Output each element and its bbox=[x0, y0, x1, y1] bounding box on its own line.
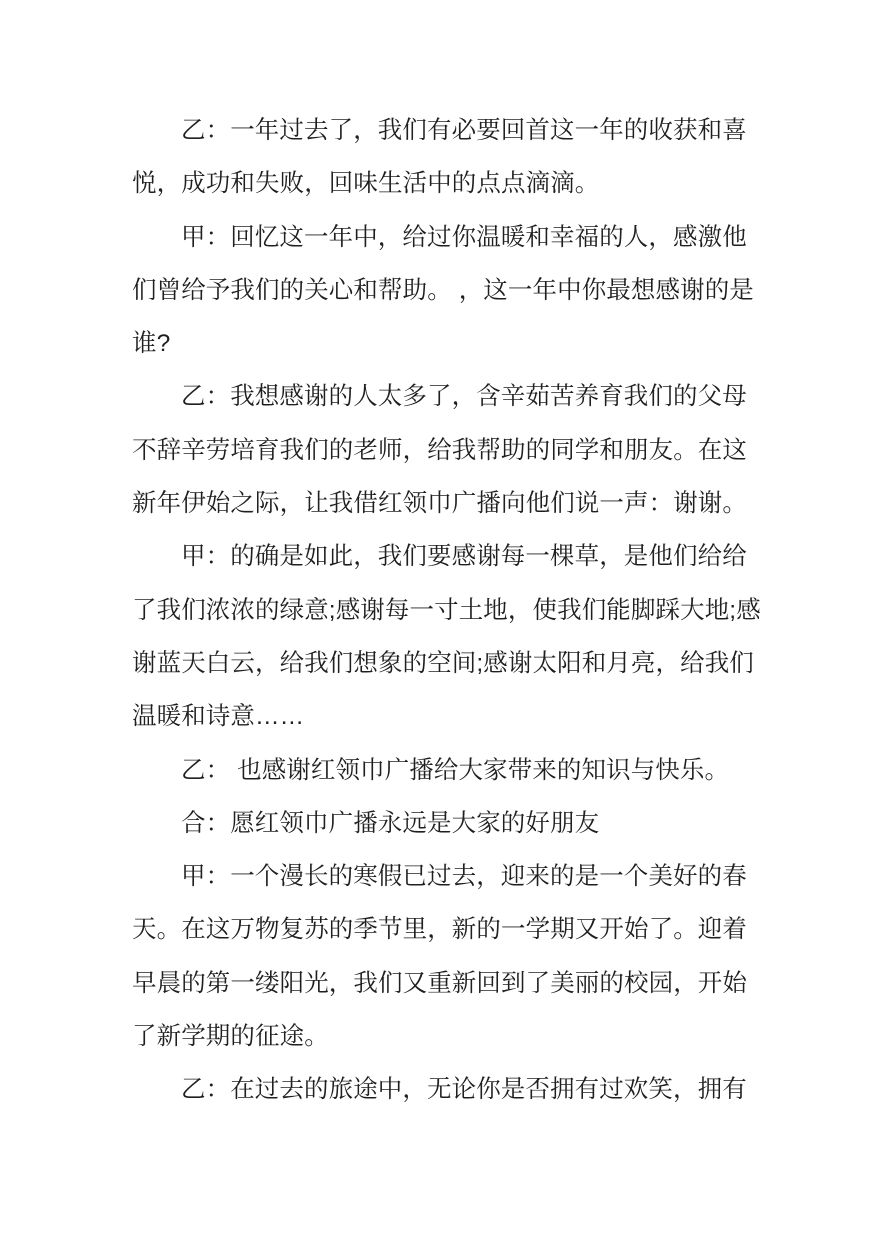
document-page: 乙：一年过去了，我们有必要回首这一年的收获和喜悦，成功和失败，回味生活中的点点滴… bbox=[0, 0, 884, 1250]
text-line: 们曾给予我们的关心和帮助。 ，这一年中你最想感谢的是 bbox=[132, 264, 754, 317]
text-line: 甲：一个漫长的寒假已过去，迎来的是一个美好的春 bbox=[132, 850, 754, 903]
text-line: 甲：的确是如此，我们要感谢每一棵草，是他们给给 bbox=[132, 530, 754, 583]
paragraph: 甲：回忆这一年中，给过你温暖和幸福的人，感激他们曾给予我们的关心和帮助。 ，这一… bbox=[132, 211, 754, 371]
text-line: 乙：一年过去了，我们有必要回首这一年的收获和喜 bbox=[132, 104, 754, 157]
paragraph: 乙： 也感谢红领巾广播给大家带来的知识与快乐。 bbox=[132, 744, 754, 797]
text-line: 温暖和诗意…… bbox=[132, 690, 754, 743]
paragraph: 甲：的确是如此，我们要感谢每一棵草，是他们给给了我们浓浓的绿意;感谢每一寸土地，… bbox=[132, 530, 754, 743]
text-line: 新年伊始之际，让我借红领巾广播向他们说一声：谢谢。 bbox=[132, 477, 754, 530]
paragraph: 合：愿红领巾广播永远是大家的好朋友 bbox=[132, 797, 754, 850]
text-line: 悦，成功和失败，回味生活中的点点滴滴。 bbox=[132, 157, 754, 210]
paragraph: 甲：一个漫长的寒假已过去，迎来的是一个美好的春天。在这万物复苏的季节里，新的一学… bbox=[132, 850, 754, 1063]
text-line: 不辞辛劳培育我们的老师，给我帮助的同学和朋友。在这 bbox=[132, 424, 754, 477]
text-line: 天。在这万物复苏的季节里，新的一学期又开始了。迎着 bbox=[132, 903, 754, 956]
text-line: 合：愿红领巾广播永远是大家的好朋友 bbox=[132, 797, 754, 850]
text-line: 了我们浓浓的绿意;感谢每一寸土地，使我们能脚踩大地;感 bbox=[132, 584, 754, 637]
text-line: 早晨的第一缕阳光，我们又重新回到了美丽的校园，开始 bbox=[132, 957, 754, 1010]
text-line: 乙：在过去的旅途中，无论你是否拥有过欢笑，拥有 bbox=[132, 1063, 754, 1116]
paragraph: 乙：我想感谢的人太多了，含辛茹苦养育我们的父母不辞辛劳培育我们的老师，给我帮助的… bbox=[132, 370, 754, 530]
document-body: 乙：一年过去了，我们有必要回首这一年的收获和喜悦，成功和失败，回味生活中的点点滴… bbox=[132, 104, 754, 1117]
text-line: 乙：我想感谢的人太多了，含辛茹苦养育我们的父母 bbox=[132, 370, 754, 423]
text-line: 谁? bbox=[132, 317, 754, 370]
text-line: 了新学期的征途。 bbox=[132, 1010, 754, 1063]
paragraph: 乙：在过去的旅途中，无论你是否拥有过欢笑，拥有 bbox=[132, 1063, 754, 1116]
text-line: 乙： 也感谢红领巾广播给大家带来的知识与快乐。 bbox=[132, 744, 754, 797]
text-line: 甲：回忆这一年中，给过你温暖和幸福的人，感激他 bbox=[132, 211, 754, 264]
text-line: 谢蓝天白云，给我们想象的空间;感谢太阳和月亮，给我们 bbox=[132, 637, 754, 690]
paragraph: 乙：一年过去了，我们有必要回首这一年的收获和喜悦，成功和失败，回味生活中的点点滴… bbox=[132, 104, 754, 211]
